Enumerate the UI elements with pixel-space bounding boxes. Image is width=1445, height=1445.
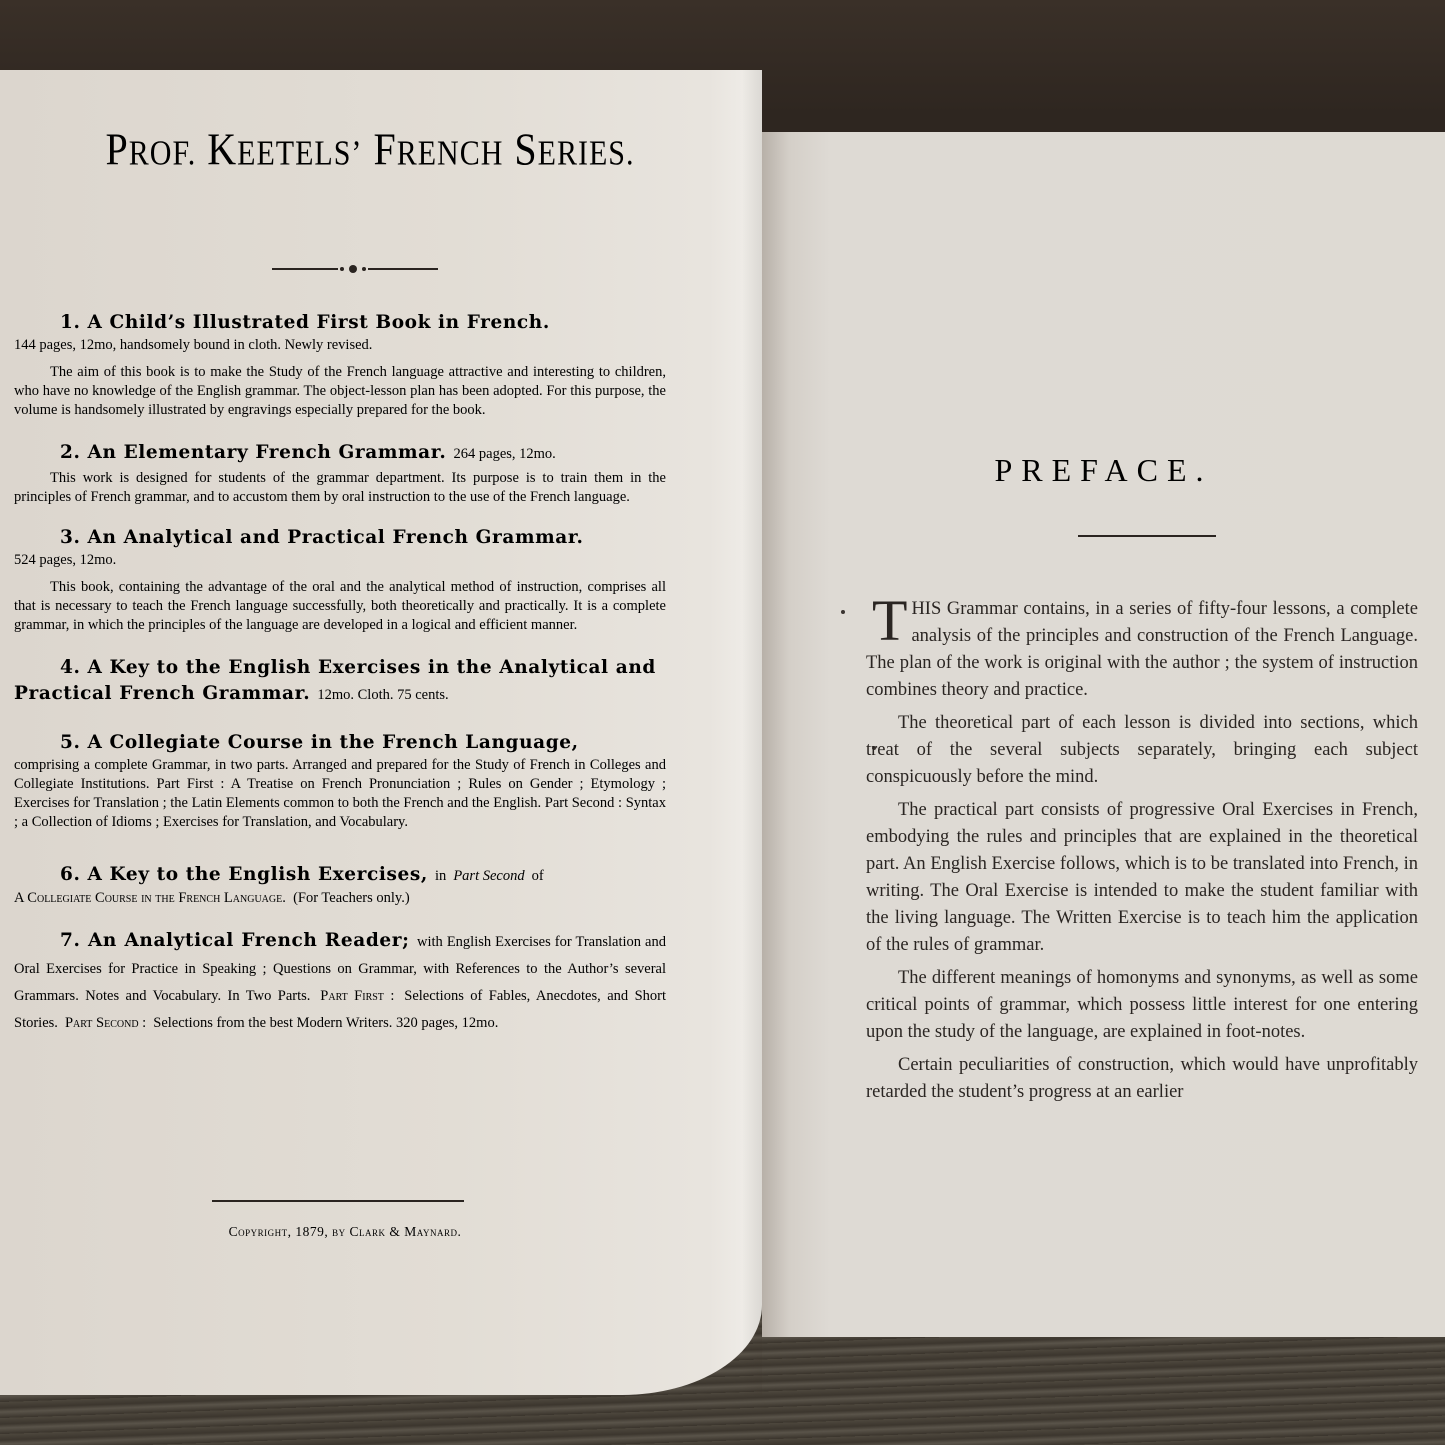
entry-details: A Collegiate Course in the French Langua… — [14, 889, 666, 908]
series-title: PROF. KEETELS’ FRENCH SERIES. — [0, 122, 740, 176]
entry-heading: 1. A Child’s Illustrated First Book in F… — [14, 310, 666, 336]
entry-description: The aim of this book is to make the Stud… — [14, 363, 666, 420]
entry-heading: 5. A Collegiate Course in the French Lan… — [14, 730, 666, 756]
ink-mark — [841, 610, 845, 614]
entry-heading: 3. An Analytical and Practical French Gr… — [14, 525, 666, 551]
entry-description: This work is designed for students of th… — [14, 469, 666, 507]
list-item: 1. A Child’s Illustrated First Book in F… — [14, 310, 666, 420]
entry-details: 264 pages, 12mo. — [454, 446, 556, 462]
entry-details: 144 pages, 12mo, handsomely bound in clo… — [14, 336, 666, 355]
entry-heading: 7. An Analytical French Reader; with Eng… — [14, 928, 666, 1036]
list-item: 6. A Key to the English Exercises, in Pa… — [14, 862, 666, 908]
paragraph: The theoretical part of each lesson is d… — [866, 710, 1418, 791]
paragraph: The different meanings of homonyms and s… — [866, 965, 1418, 1046]
entry-heading: 6. A Key to the English Exercises, in Pa… — [14, 862, 666, 889]
book-series-list: 1. A Child’s Illustrated First Book in F… — [14, 310, 666, 1050]
divider-rule — [1078, 535, 1216, 537]
entry-details: 524 pages, 12mo. — [14, 551, 666, 570]
ornamental-divider-icon — [272, 265, 438, 273]
entry-heading: 2. An Elementary French Grammar. 264 pag… — [14, 440, 666, 467]
list-item: 4. A Key to the English Exercises in the… — [14, 655, 666, 708]
entry-description: comprising a complete Grammar, in two pa… — [14, 756, 666, 832]
list-item: 2. An Elementary French Grammar. 264 pag… — [14, 440, 666, 507]
divider-rule — [212, 1200, 464, 1202]
paragraph: The practical part consists of progressi… — [866, 797, 1418, 959]
preface-text: THIS Grammar contains, in a series of fi… — [866, 596, 1418, 1106]
entry-description: This book, containing the advantage of t… — [14, 578, 666, 635]
paragraph: THIS Grammar contains, in a series of fi… — [866, 596, 1418, 704]
page-title: PREFACE. — [762, 452, 1445, 489]
book-gutter — [742, 70, 762, 1395]
paragraph: Certain peculiarities of construction, w… — [866, 1052, 1418, 1106]
copyright-notice: Copyright, 1879, by Clark & Maynard. — [0, 1224, 690, 1240]
entry-details: 12mo. Cloth. 75 cents. — [317, 687, 448, 703]
drop-cap: T — [872, 598, 907, 644]
entry-heading: 4. A Key to the English Exercises in the… — [14, 655, 666, 708]
list-item: 5. A Collegiate Course in the French Lan… — [14, 730, 666, 832]
list-item: 3. An Analytical and Practical French Gr… — [14, 525, 666, 635]
list-item: 7. An Analytical French Reader; with Eng… — [14, 928, 666, 1036]
